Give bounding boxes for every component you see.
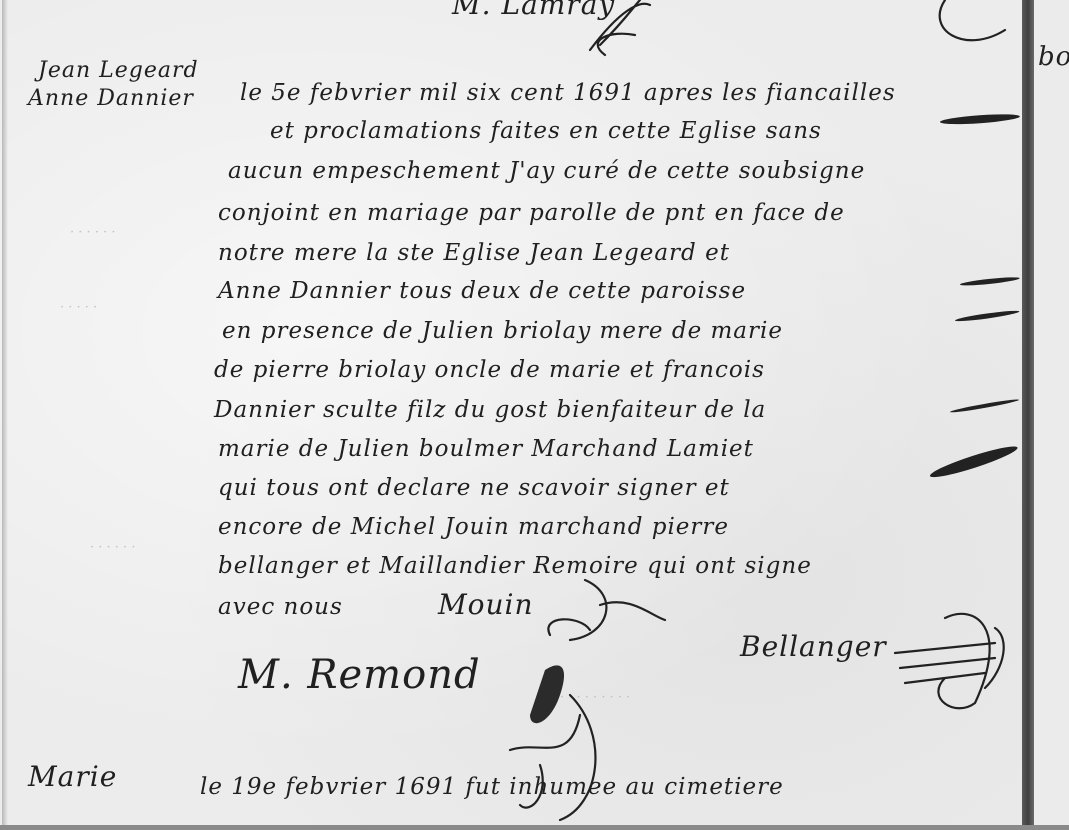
bleed-through-text: · · · · · · — [70, 225, 115, 240]
bleed-through-text: · · · · · — [60, 300, 97, 315]
record-line: de pierre briolay oncle de marie et fran… — [214, 357, 765, 383]
next-record-margin-name: Marie — [28, 760, 117, 793]
record-line: qui tous ont declare ne scavoir signer e… — [218, 475, 730, 501]
line-filler-stroke — [955, 309, 1020, 323]
bleed-through-text: · · · · · · — [90, 540, 135, 555]
signature-mouin: Mouin — [438, 588, 534, 621]
record-line: notre mere la ste Eglise Jean Legeard et — [218, 240, 730, 266]
scan-bottom-edge — [0, 825, 1069, 830]
line-filler-stroke — [950, 398, 1020, 414]
margin-bride-name: Anne Dannier — [28, 86, 194, 111]
record-line: encore de Michel Jouin marchand pierre — [218, 514, 729, 540]
binding-line — [1022, 0, 1034, 830]
record-line: Anne Dannier tous deux de cette paroisse — [218, 278, 746, 304]
record-line: et proclamations faites en cette Eglise … — [270, 118, 822, 144]
line-filler-stroke — [940, 112, 1020, 126]
signature-bellanger: Bellanger — [740, 630, 887, 663]
record-line: Dannier sculte filz du gost bienfaiteur … — [214, 397, 766, 423]
next-record-line: le 19e febvrier 1691 fut inhumee au cime… — [200, 774, 784, 800]
record-line: marie de Julien boulmer Marchand Lamiet — [218, 436, 754, 462]
page-left-edge — [2, 0, 8, 830]
record-line: en presence de Julien briolay mere de ma… — [222, 318, 783, 344]
record-line: conjoint en mariage par parolle de pnt e… — [218, 200, 845, 226]
margin-groom-name: Jean Legeard — [38, 58, 199, 83]
line-filler-stroke — [960, 276, 1020, 287]
record-line: le 5e febvrier mil six cent 1691 apres l… — [240, 80, 896, 106]
line-filler-stroke — [928, 442, 1019, 482]
signature-paraph — [530, 575, 670, 645]
record-line: aucun empeschement J'ay curé de cette so… — [228, 158, 865, 184]
manuscript-page: bo · · · · · · · · · · · · · · · · · · ·… — [0, 0, 1069, 830]
record-line: avec nous — [218, 594, 343, 620]
signature-bellanger-paraph — [885, 608, 1015, 718]
signature-remond: M. Remond — [238, 652, 481, 698]
adjacent-page-strip: bo — [1034, 0, 1069, 830]
header-curl — [925, 0, 1015, 55]
record-line: bellanger et Maillandier Remoire qui ont… — [218, 553, 812, 579]
right-margin-fragment: bo — [1038, 42, 1069, 72]
header-flourish — [580, 0, 660, 60]
